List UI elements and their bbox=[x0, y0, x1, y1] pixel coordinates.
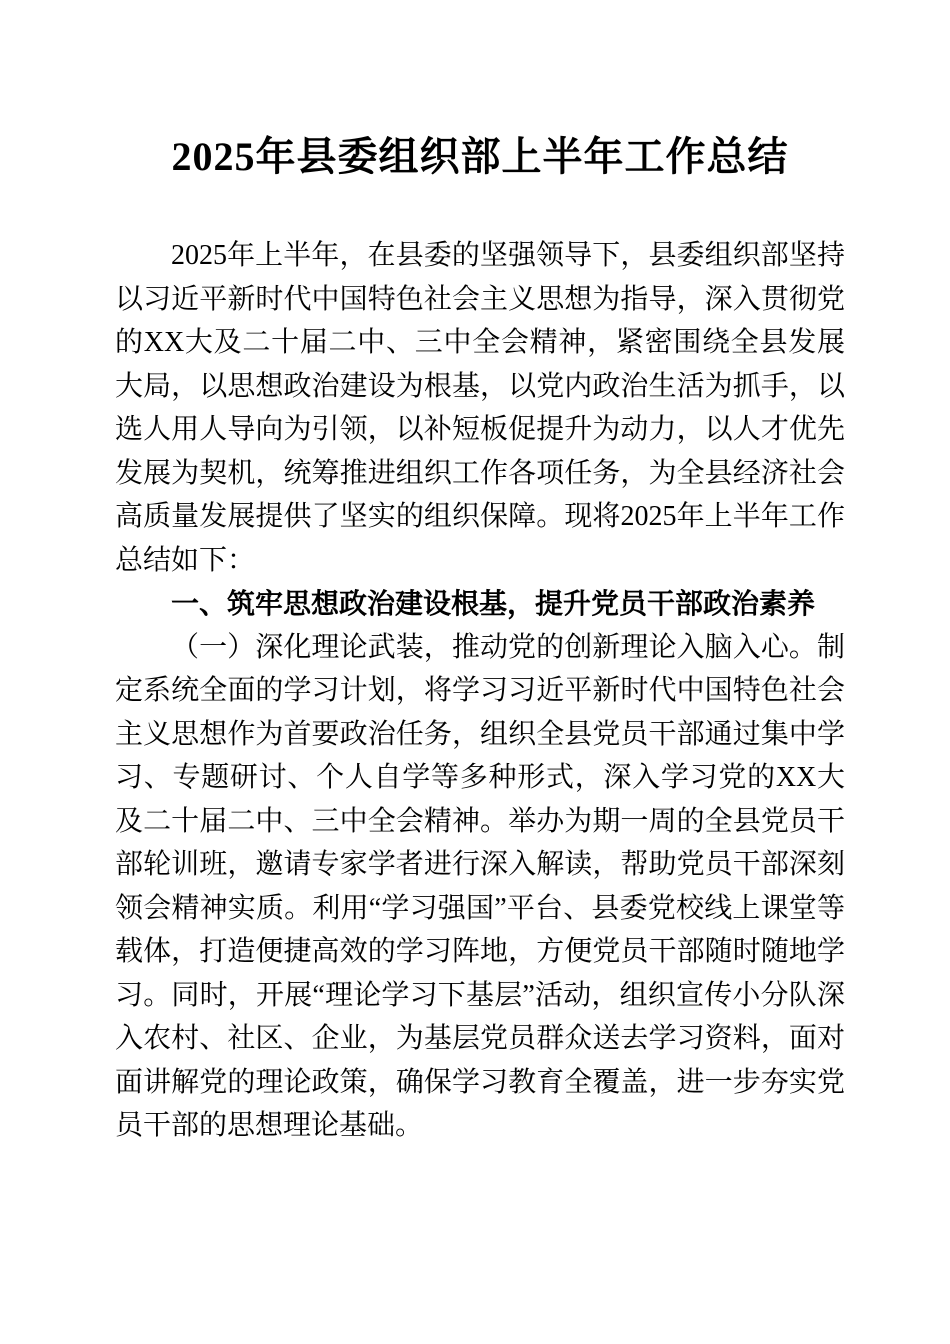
document-title: 2025年县委组织部上半年工作总结 bbox=[115, 130, 845, 184]
section-heading-1: 一、筑牢思想政治建设根基，提升党员干部政治素养 bbox=[115, 582, 845, 626]
document-page: 2025年县委组织部上半年工作总结 2025年上半年，在县委的坚强领导下，县委组… bbox=[0, 0, 950, 1344]
section-1-body-paragraph: （一）深化理论武装，推动党的创新理论入脑入心。制定系统全面的学习计划，将学习习近… bbox=[115, 626, 845, 1148]
intro-paragraph: 2025年上半年，在县委的坚强领导下，县委组织部坚持以习近平新时代中国特色社会主… bbox=[115, 234, 845, 582]
